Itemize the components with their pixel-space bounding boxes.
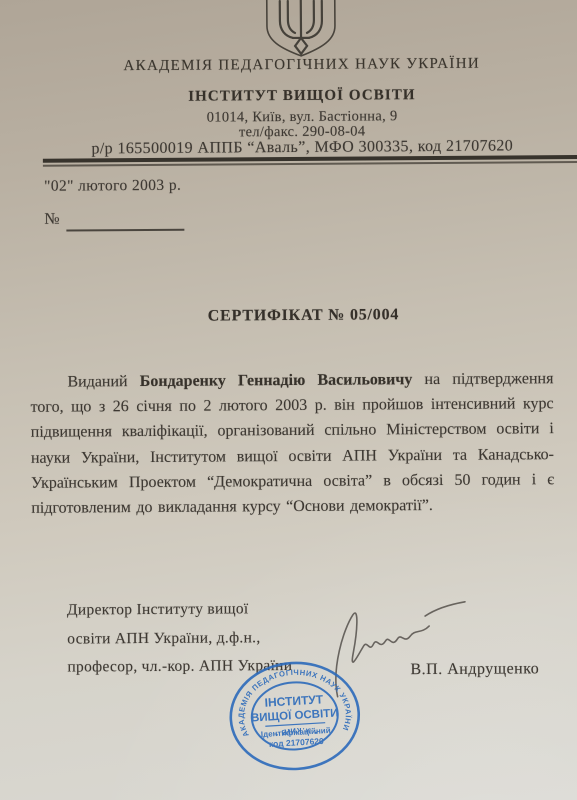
body-rest: на підтвердження того, що з 26 січня по … <box>31 370 555 517</box>
academy-name: АКАДЕМІЯ ПЕДАГОГІЧНИХ НАУК УКРАЇНИ <box>28 55 575 76</box>
certificate-body-text: Виданий Бондаренку Геннадію Васильовичу … <box>30 366 554 521</box>
document-number-blank-line <box>66 229 184 231</box>
institute-round-stamp-icon: АКАДЕМІЯ ПЕДАГОГІЧНИХ НАУК УКРАЇНИ • м.К… <box>211 643 379 788</box>
certificate-sheet: АКАДЕМІЯ ПЕДАГОГІЧНИХ НАУК УКРАЇНИ ІНСТИ… <box>0 0 577 800</box>
recipient-name: Бондаренку Геннадію Васильовичу <box>140 371 413 390</box>
document-number-label: № <box>44 211 59 229</box>
body-lead: Виданий <box>67 373 139 391</box>
stamp-id-code: код 21707620 <box>269 736 325 749</box>
document-date: "02" лютого 2003 р. <box>44 177 181 196</box>
signatory-title-line1: Директор Інституту вищої <box>67 595 292 625</box>
scanned-certificate-photo: АКАДЕМІЯ ПЕДАГОГІЧНИХ НАУК УКРАЇНИ ІНСТИ… <box>0 0 577 800</box>
stamp-institute-line1: ІНСТИТУТ <box>264 692 324 709</box>
institute-name: ІНСТИТУТ ВИЩОЇ ОСВІТИ <box>28 86 575 107</box>
certificate-title: СЕРТИФІКАТ № 05/004 <box>30 305 577 327</box>
trident-emblem-icon <box>264 0 338 58</box>
stamp-institute-line2: ВИЩОЇ ОСВІТИ <box>251 706 339 724</box>
